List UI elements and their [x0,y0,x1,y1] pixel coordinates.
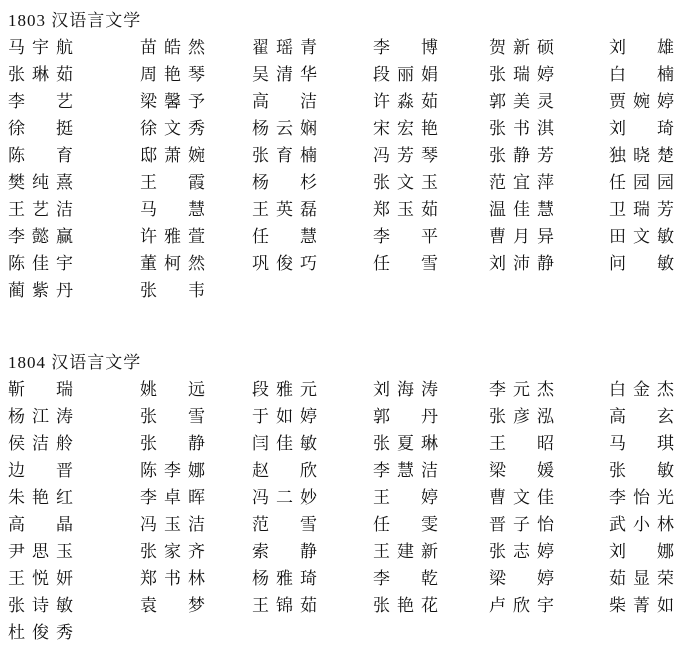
student-name: 李 乾 [373,565,489,592]
student-name: 晋子怡 [489,511,609,538]
student-name: 武小林 [609,511,684,538]
name-row: 李懿赢许雅萱任 慧李 平曹月异田文敏 [8,223,684,250]
student-name: 王建新 [373,538,489,565]
student-name: 郑书林 [140,565,252,592]
name-row: 樊纯熹王 霞杨 杉张文玉范宜萍任园园 [8,169,684,196]
name-row: 张琳茹周艳琴吴清华段丽娟张瑞婷白 楠 [8,61,684,88]
student-name: 李卓晖 [140,484,252,511]
student-name: 郭 丹 [373,403,489,430]
student-name: 冯二妙 [252,484,373,511]
student-name: 刘 雄 [609,34,684,61]
name-row: 陈佳宇董柯然巩俊巧任 雪刘沛静问 敏 [8,250,684,277]
student-name: 曹月异 [489,223,609,250]
name-row: 蔺紫丹张 韦 [8,277,684,304]
student-name: 王 霞 [140,169,252,196]
student-name: 白 楠 [609,61,684,88]
student-name: 张静芳 [489,142,609,169]
student-name: 贺新硕 [489,34,609,61]
student-name: 宋宏艳 [373,115,489,142]
name-row: 马宇航苗皓然翟瑶青李 博贺新硕刘 雄 [8,34,684,61]
student-name: 苗皓然 [140,34,252,61]
student-name: 茹显荣 [609,565,684,592]
student-name: 张琳茹 [8,61,140,88]
student-name: 任 雪 [373,250,489,277]
name-row: 高 晶冯玉洁范 雪任 雯晋子怡武小林 [8,511,684,538]
student-name: 郑玉茹 [373,196,489,223]
student-name: 范宜萍 [489,169,609,196]
student-name: 王锦茹 [252,592,373,619]
student-name: 李怡光 [609,484,684,511]
student-name: 张文玉 [373,169,489,196]
name-row: 杜俊秀 [8,619,684,646]
student-name: 高 晶 [8,511,140,538]
student-name: 李 博 [373,34,489,61]
name-row: 王悦妍郑书林杨雅琦李 乾梁 婷茹显荣 [8,565,684,592]
name-row: 杨江涛张 雪于如婷郭 丹张彦泓高 玄 [8,403,684,430]
student-name: 杨 杉 [252,169,373,196]
name-row: 徐 挺徐文秀杨云娴宋宏艳张书淇刘 琦 [8,115,684,142]
student-name: 索 静 [252,538,373,565]
student-name: 杨雅琦 [252,565,373,592]
student-name: 王 婷 [373,484,489,511]
student-name: 张家齐 [140,538,252,565]
student-name: 王悦妍 [8,565,140,592]
student-name: 陈李娜 [140,457,252,484]
name-row: 边 晋陈李娜赵 欣李慧洁梁 媛张 敏 [8,457,684,484]
student-name: 张 敏 [609,457,684,484]
student-name: 陈 育 [8,142,140,169]
student-name: 徐 挺 [8,115,140,142]
student-name: 白金杰 [609,376,684,403]
student-name: 张 静 [140,430,252,457]
student-name: 杜俊秀 [8,619,140,646]
student-name: 张 韦 [140,277,252,304]
student-name: 闫佳敏 [252,430,373,457]
student-name: 樊纯熹 [8,169,140,196]
student-name: 张彦泓 [489,403,609,430]
student-name: 张瑞婷 [489,61,609,88]
student-name: 柴菁如 [609,592,684,619]
student-name: 李懿赢 [8,223,140,250]
student-name: 任园园 [609,169,684,196]
student-name: 郭美灵 [489,88,609,115]
student-name: 朱艳红 [8,484,140,511]
student-name: 李 艺 [8,88,140,115]
student-name: 田文敏 [609,223,684,250]
section-title: 1803 汉语言文学 [8,8,684,34]
student-name: 刘沛静 [489,250,609,277]
student-name: 高 玄 [609,403,684,430]
student-name: 巩俊巧 [252,250,373,277]
student-name: 马 慧 [140,196,252,223]
roster-page: 1803 汉语言文学马宇航苗皓然翟瑶青李 博贺新硕刘 雄张琳茹周艳琴吴清华段丽娟… [0,0,684,646]
student-name: 徐文秀 [140,115,252,142]
student-name: 李元杰 [489,376,609,403]
student-name: 许淼茹 [373,88,489,115]
student-name: 张艳花 [373,592,489,619]
student-name: 杨江涛 [8,403,140,430]
student-name: 梁 婷 [489,565,609,592]
student-name: 马 琪 [609,430,684,457]
student-name: 许雅萱 [140,223,252,250]
student-name: 曹文佳 [489,484,609,511]
student-name: 周艳琴 [140,61,252,88]
student-name: 张育楠 [252,142,373,169]
student-name: 吴清华 [252,61,373,88]
student-name: 贾婉婷 [609,88,684,115]
name-row: 王艺洁马 慧王英磊郑玉茹温佳慧卫瑞芳 [8,196,684,223]
student-name: 靳 瑞 [8,376,140,403]
student-name: 袁 梦 [140,592,252,619]
name-row: 靳 瑞姚 远段雅元刘海涛李元杰白金杰 [8,376,684,403]
student-name: 张书淇 [489,115,609,142]
student-name: 李慧洁 [373,457,489,484]
student-name: 姚 远 [140,376,252,403]
student-name: 边 晋 [8,457,140,484]
student-name: 于如婷 [252,403,373,430]
student-name: 范 雪 [252,511,373,538]
student-name: 邸萧婉 [140,142,252,169]
student-name: 段丽娟 [373,61,489,88]
student-name: 任 慧 [252,223,373,250]
section-title: 1804 汉语言文学 [8,350,684,376]
student-name: 梁 媛 [489,457,609,484]
student-name: 冯玉洁 [140,511,252,538]
name-row: 尹思玉张家齐索 静王建新张志婷刘 娜 [8,538,684,565]
student-name: 卢欣宇 [489,592,609,619]
student-name: 段雅元 [252,376,373,403]
name-row: 李 艺梁馨予高 洁许淼茹郭美灵贾婉婷 [8,88,684,115]
student-name: 蔺紫丹 [8,277,140,304]
student-name: 陈佳宇 [8,250,140,277]
student-name: 张夏琳 [373,430,489,457]
student-name: 马宇航 [8,34,140,61]
class-section: 1803 汉语言文学马宇航苗皓然翟瑶青李 博贺新硕刘 雄张琳茹周艳琴吴清华段丽娟… [8,8,684,304]
student-name: 侯洁舲 [8,430,140,457]
class-section: 1804 汉语言文学靳 瑞姚 远段雅元刘海涛李元杰白金杰杨江涛张 雪于如婷郭 丹… [8,350,684,646]
student-name: 温佳慧 [489,196,609,223]
student-name: 梁馨予 [140,88,252,115]
student-name: 卫瑞芳 [609,196,684,223]
student-name: 张 雪 [140,403,252,430]
student-name: 问 敏 [609,250,684,277]
student-name: 刘 娜 [609,538,684,565]
student-name: 董柯然 [140,250,252,277]
student-name: 刘 琦 [609,115,684,142]
name-row: 侯洁舲张 静闫佳敏张夏琳王 昭马 琪 [8,430,684,457]
student-name: 独晓楚 [609,142,684,169]
student-name: 翟瑶青 [252,34,373,61]
student-name: 冯芳琴 [373,142,489,169]
student-name: 高 洁 [252,88,373,115]
student-name: 杨云娴 [252,115,373,142]
student-name: 尹思玉 [8,538,140,565]
name-row: 陈 育邸萧婉张育楠冯芳琴张静芳独晓楚 [8,142,684,169]
student-name: 赵 欣 [252,457,373,484]
student-name: 王艺洁 [8,196,140,223]
student-name: 任 雯 [373,511,489,538]
student-name: 张诗敏 [8,592,140,619]
student-name: 张志婷 [489,538,609,565]
student-name: 李 平 [373,223,489,250]
student-name: 王英磊 [252,196,373,223]
name-row: 朱艳红李卓晖冯二妙王 婷曹文佳李怡光 [8,484,684,511]
name-row: 张诗敏袁 梦王锦茹张艳花卢欣宇柴菁如 [8,592,684,619]
student-name: 王 昭 [489,430,609,457]
student-name: 刘海涛 [373,376,489,403]
